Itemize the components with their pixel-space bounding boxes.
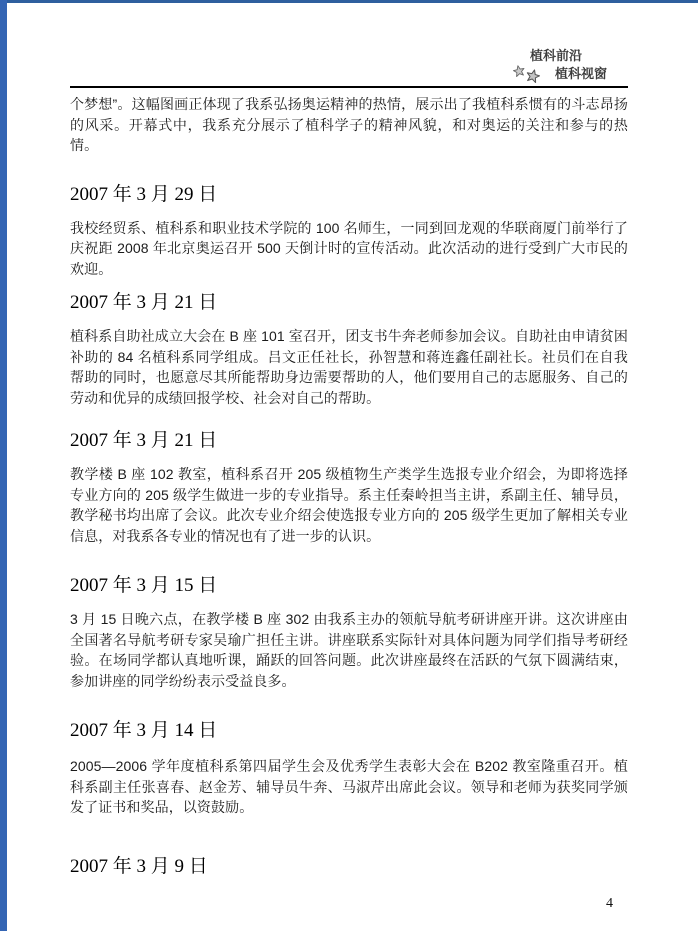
entry-body: 3 月 15 日晚六点，在教学楼 B 座 302 由我系主办的领航导航考研讲座开…	[70, 609, 628, 691]
entry-date: 2007 年 3 月 15 日	[70, 575, 628, 597]
entry-date: 2007 年 3 月 29 日	[70, 184, 628, 206]
page-header: 植科前沿 植科视窗	[70, 0, 628, 88]
entry-body: 2005—2006 学年度植科系第四届学生会及优秀学生表彰大会在 B202 教室…	[70, 756, 628, 818]
header-title-line1: 植科前沿	[70, 48, 628, 64]
intro-paragraph: 个梦想”。这幅图画正体现了我系弘扬奥运精神的热情，展示出了我植科系惯有的斗志昂扬…	[70, 94, 628, 156]
entry-date: 2007 年 3 月 9 日	[70, 856, 628, 878]
star-icon	[512, 64, 526, 78]
entry-date: 2007 年 3 月 14 日	[70, 720, 628, 742]
header-divider	[70, 86, 628, 88]
entry-body: 植科系自助社成立大会在 B 座 101 室召开，团支书牛奔老师参加会议。自助社由…	[70, 326, 628, 408]
header-title-line2: 植科视窗	[555, 66, 607, 82]
entry-body: 教学楼 B 座 102 教室，植科系召开 205 级植物生产类学生选报专业介绍会…	[70, 464, 628, 546]
header-title-line2-row: 植科视窗	[70, 66, 628, 82]
window-left-border	[0, 0, 7, 931]
entry-body: 我校经贸系、植科系和职业技术学院的 100 名师生，一同到回龙观的华联商厦门前举…	[70, 218, 628, 280]
entry-date: 2007 年 3 月 21 日	[70, 430, 628, 452]
star-icon	[524, 68, 541, 85]
header-star-icons	[513, 67, 540, 81]
entry-date: 2007 年 3 月 21 日	[70, 292, 628, 314]
page-number: 4	[606, 896, 613, 912]
page-body: 植科前沿 植科视窗 个梦想”。这幅图画正体现了我系弘扬奥运精神的热情，展示出了我…	[70, 0, 628, 890]
document-page: 植科前沿 植科视窗 个梦想”。这幅图画正体现了我系弘扬奥运精神的热情，展示出了我…	[0, 0, 698, 931]
